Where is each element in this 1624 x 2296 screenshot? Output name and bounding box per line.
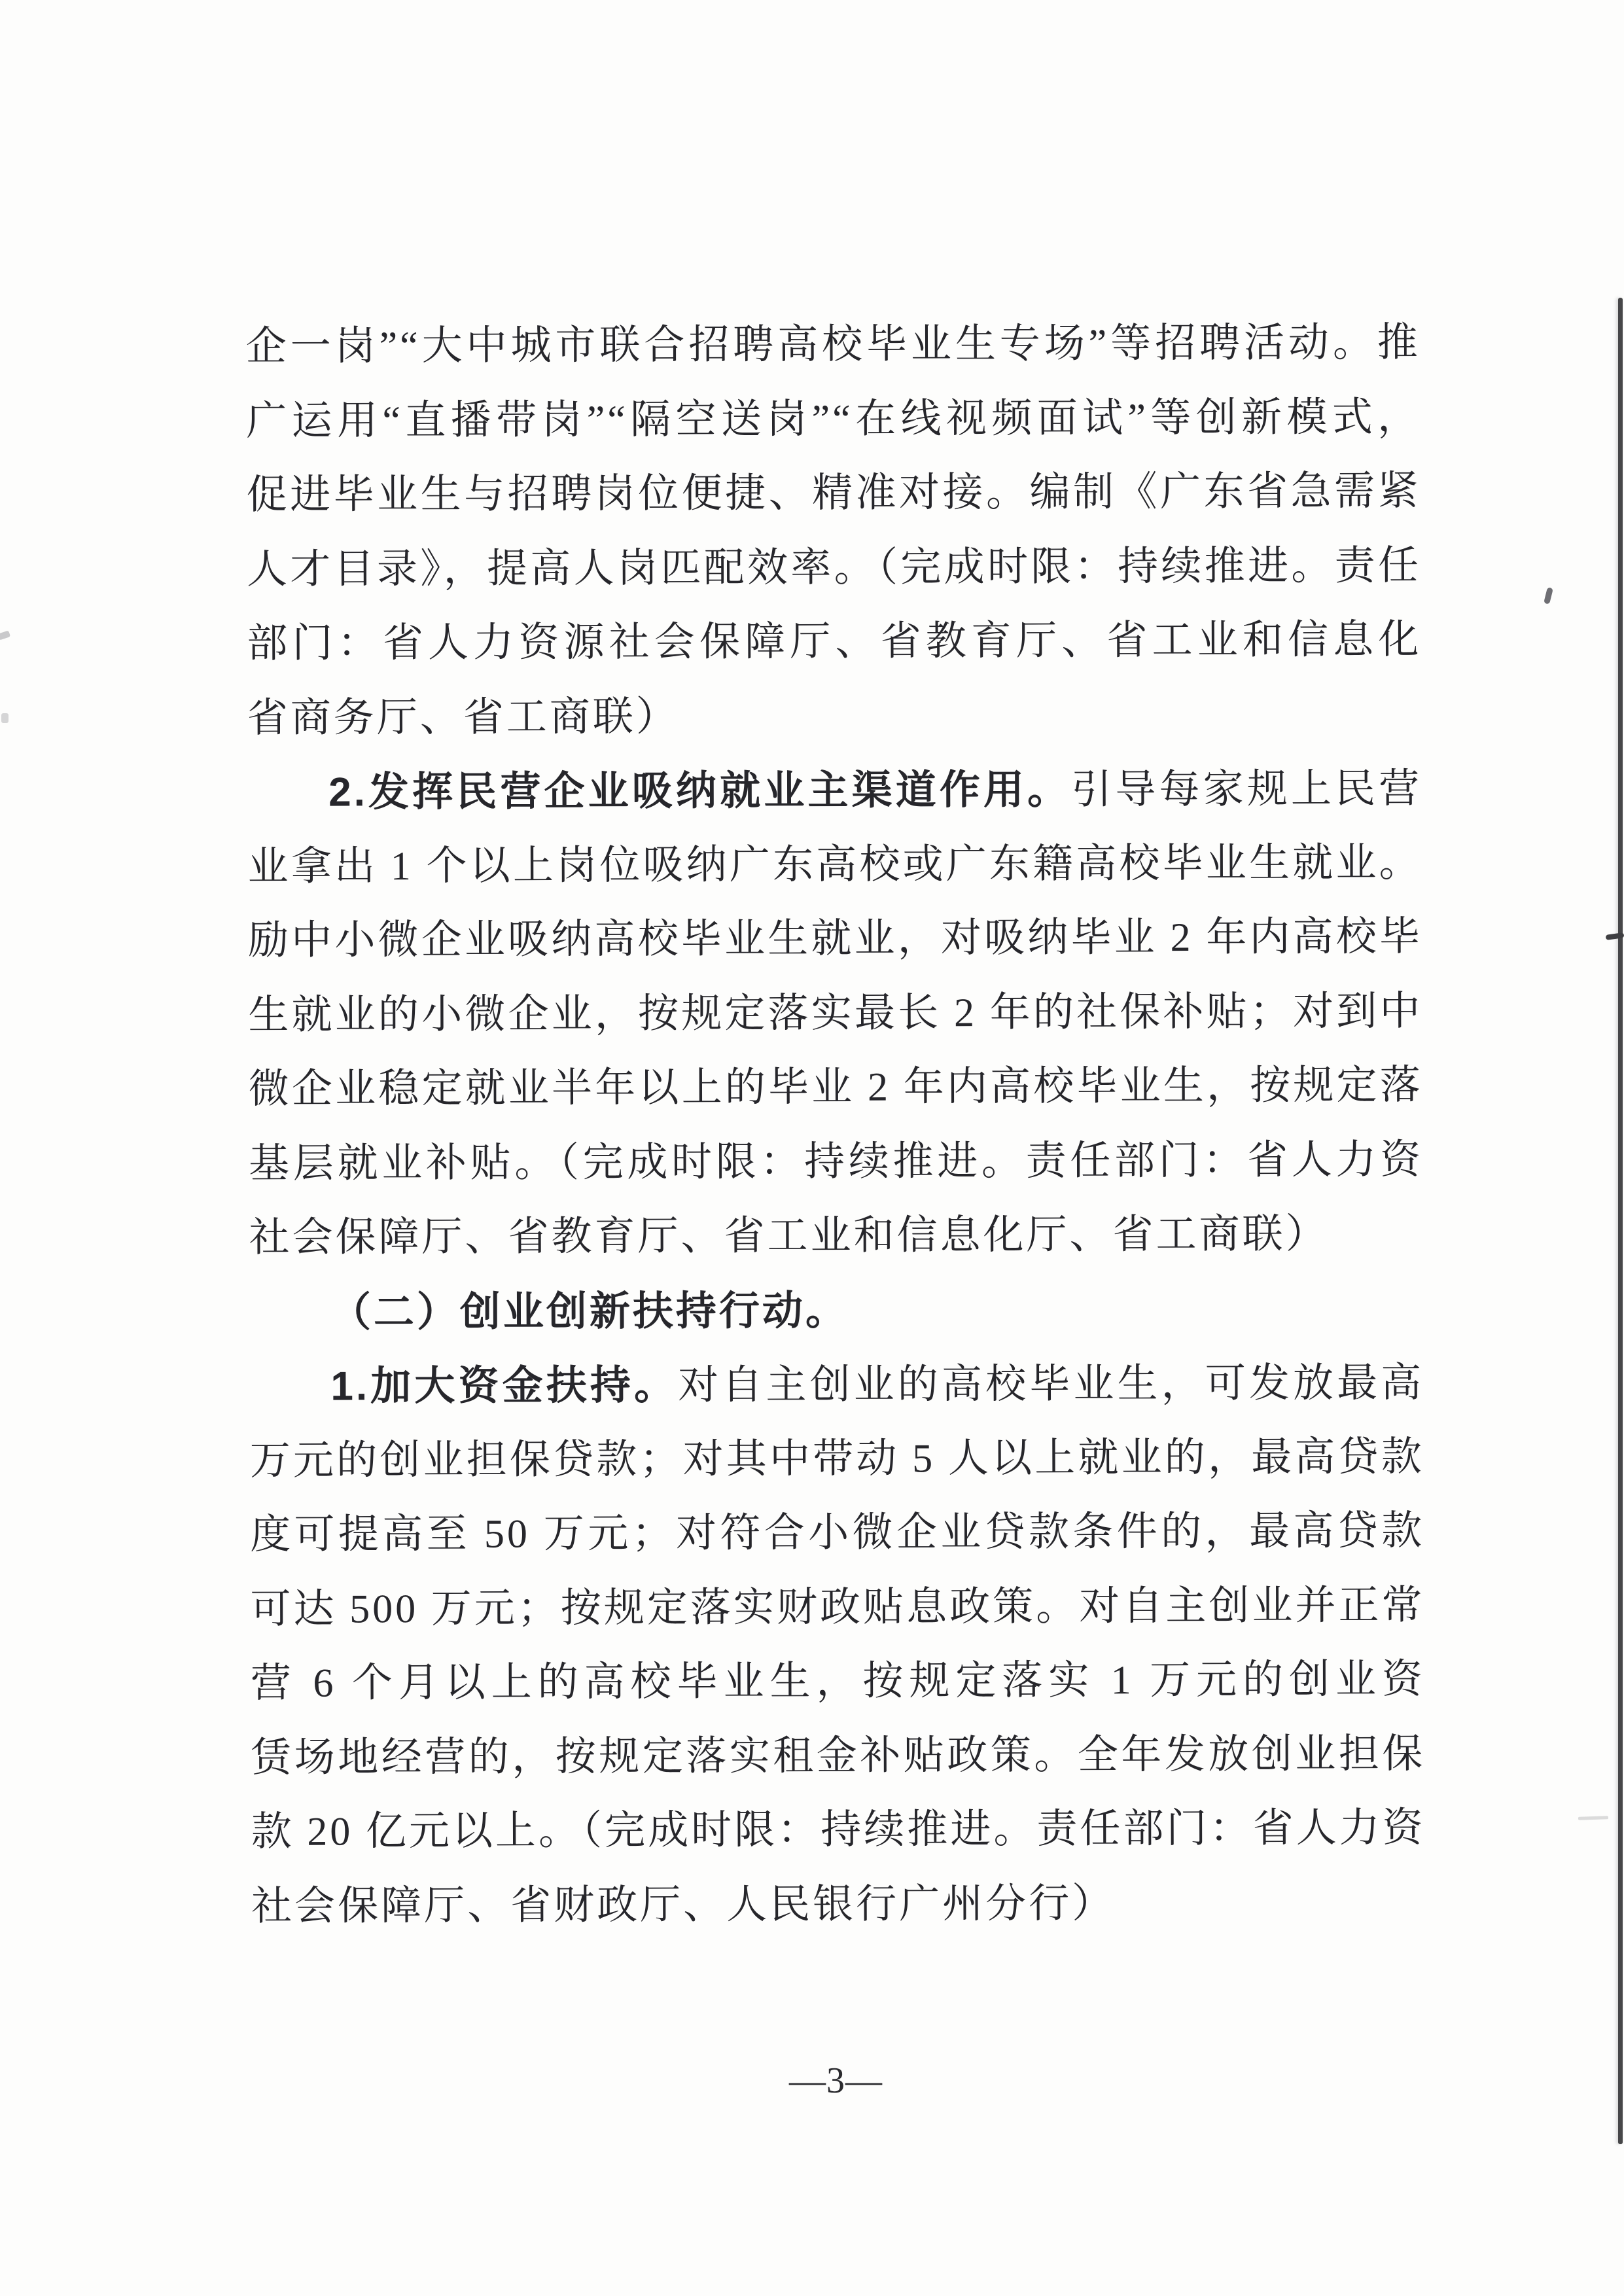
text-line: 业拿出 1 个以上岗位吸纳广东高校或广东籍高校毕业生就业。鼓 [247,826,1422,904]
text-line: （二）创业创新扶持行动。 [249,1271,1424,1350]
text-line: 可达 500 万元；按规定落实财政贴息政策。对自主创业并正常经 [250,1568,1424,1647]
paragraph: 1.加大资金扶持。对自主创业的高校毕业生，可发放最高 30万元的创业担保贷款；对… [249,1346,1426,1944]
text-line: 度可提高至 50 万元；对符合小微企业贷款条件的，最高贷款额度 [250,1494,1424,1573]
text-segment: 基层就业补贴。（完成时限：持续推进。责任部门：省人力资源 [249,1137,1423,1201]
paragraph: 企一岗”“大中城市联合招聘高校毕业生专场”等招聘活动。推广运用“直播带岗”“隔空… [246,306,1422,756]
text-segment: 省商务厅、省工商联） [247,694,679,740]
text-segment: 万元的创业担保贷款；对其中带动 5 人以上就业的，最高贷款额 [250,1434,1424,1498]
text-line: 广运用“直播带岗”“隔空送岗”“在线视频面试”等创新模式， [246,380,1421,459]
paragraph: 2.发挥民营企业吸纳就业主渠道作用。引导每家规上民营企业拿出 1 个以上岗位吸纳… [247,752,1424,1276]
paragraph: （二）创业创新扶持行动。 [249,1271,1424,1350]
text-line: 生就业的小微企业，按规定落实最长 2 年的社保补贴；对到中小 [248,974,1422,1053]
text-segment: 促进毕业生与招聘岗位便捷、精准对接。编制《广东省急需紧缺 [247,469,1421,533]
text-segment: 微企业稳定就业半年以上的毕业 2 年内高校毕业生，按规定落实 [249,1063,1423,1127]
text-line: 基层就业补贴。（完成时限：持续推进。责任部门：省人力资源 [249,1123,1423,1201]
scan-artifact-mark [1544,587,1553,604]
text-line: 赁场地经营的，按规定落实租金补贴政策。全年发放创业担保贷 [251,1717,1425,1795]
bold-text-segment: 2.发挥民营企业吸纳就业主渠道作用。 [328,768,1071,815]
text-line: 社会保障厅、省财政厅、人民银行广州分行） [251,1865,1426,1944]
scan-edge-line [1618,298,1623,2144]
text-segment: 生就业的小微企业，按规定落实最长 2 年的社保补贴；对到中小 [248,989,1422,1053]
text-segment: 赁场地经营的，按规定落实租金补贴政策。全年发放创业担保贷 [251,1731,1425,1795]
text-line: 社会保障厅、省教育厅、省工业和信息化厅、省工商联） [249,1197,1423,1276]
text-segment: 社会保障厅、省财政厅、人民银行广州分行） [251,1881,1115,1929]
scan-artifact-left-1 [0,630,10,640]
text-line: 款 20 亿元以上。（完成时限：持续推进。责任部门：省人力资源 [251,1792,1426,1870]
text-segment: 营 6 个月以上的高校毕业生，按规定落实 1 万元的创业资助；租 [251,1657,1425,1722]
bold-text-segment: 1.加大资金扶持。 [330,1363,678,1409]
text-segment: 可达 500 万元；按规定落实财政贴息政策。对自主创业并正常经 [250,1583,1424,1647]
page-number: —3— [249,2060,1423,2102]
document-body: 企一岗”“大中城市联合招聘高校毕业生专场”等招聘活动。推广运用“直播带岗”“隔空… [246,306,1426,1944]
text-line: 促进毕业生与招聘岗位便捷、精准对接。编制《广东省急需紧缺 [246,455,1421,533]
text-segment: 人才目录》，提高人岗匹配效率。（完成时限：持续推进。责任 [247,543,1421,592]
text-segment: 部门：省人力资源社会保障厅、省教育厅、省工业和信息化厅、 [247,618,1421,682]
text-line: 万元的创业担保贷款；对其中带动 5 人以上就业的，最高贷款额 [250,1420,1424,1498]
bold-text-segment: （二）创业创新扶持行动。 [330,1288,849,1335]
text-line: 励中小微企业吸纳高校毕业生就业，对吸纳毕业 2 年内高校毕业 [248,900,1422,979]
text-segment: 业拿出 1 个以上岗位吸纳广东高校或广东籍高校毕业生就业。鼓 [247,840,1422,904]
text-segment: 款 20 亿元以上。（完成时限：持续推进。责任部门：省人力资源 [251,1806,1426,1870]
document-page: 企一岗”“大中城市联合招聘高校毕业生专场”等招聘活动。推广运用“直播带岗”“隔空… [0,0,1624,2296]
text-line: 营 6 个月以上的高校毕业生，按规定落实 1 万元的创业资助；租 [251,1643,1425,1722]
text-segment: 社会保障厅、省教育厅、省工业和信息化厅、省工商联） [249,1212,1328,1260]
scan-artifact-dash [1578,1816,1608,1820]
text-line: 部门：省人力资源社会保障厅、省教育厅、省工业和信息化厅、 [247,603,1421,682]
text-segment: 度可提高至 50 万元；对符合小微企业贷款条件的，最高贷款额度 [250,1509,1424,1573]
scan-artifact-left-2 [1,713,9,723]
text-line: 省商务厅、省工商联） [247,677,1422,756]
text-segment: 广运用“直播带岗”“隔空送岗”“在线视频面试”等创新模式， [246,395,1421,443]
text-line: 1.加大资金扶持。对自主创业的高校毕业生，可发放最高 30 [249,1346,1424,1424]
text-segment: 企一岗”“大中城市联合招聘高校毕业生专场”等招聘活动。推 [246,321,1421,369]
text-line: 2.发挥民营企业吸纳就业主渠道作用。引导每家规上民营企 [247,752,1422,830]
text-line: 微企业稳定就业半年以上的毕业 2 年内高校毕业生，按规定落实 [249,1049,1423,1127]
text-line: 人才目录》，提高人岗匹配效率。（完成时限：持续推进。责任 [247,529,1421,607]
text-line: 企一岗”“大中城市联合招聘高校毕业生专场”等招聘活动。推 [246,306,1421,385]
text-segment: 励中小微企业吸纳高校毕业生就业，对吸纳毕业 2 年内高校毕业 [248,915,1422,979]
